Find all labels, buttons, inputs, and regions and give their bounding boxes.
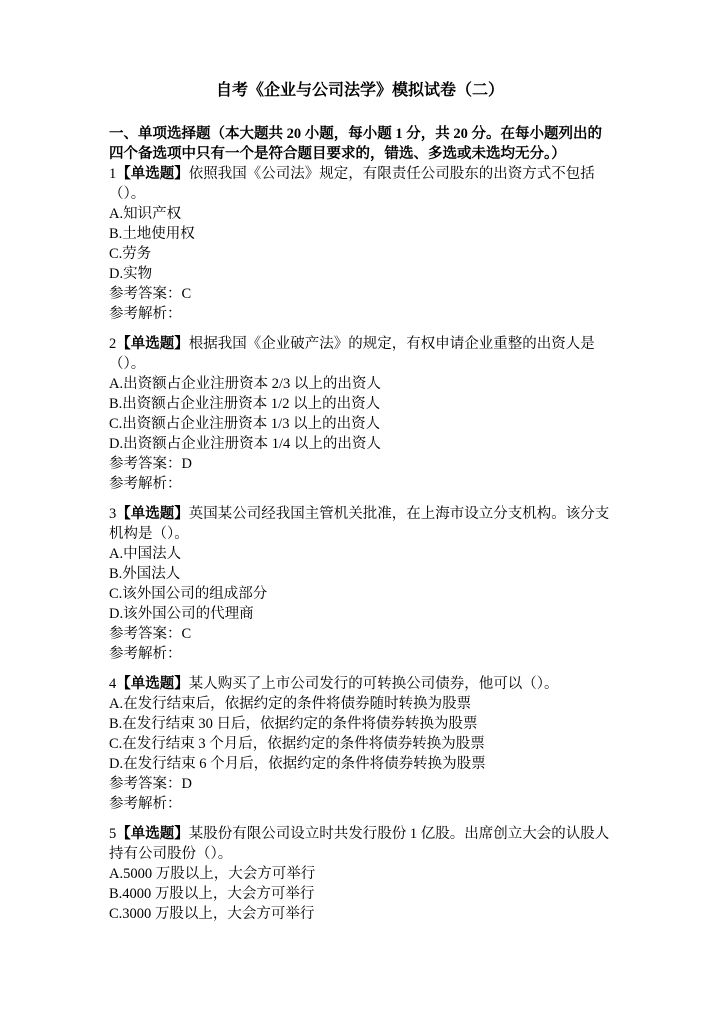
question-option: B.出资额占企业注册资本 1/2 以上的出资人	[109, 394, 654, 414]
question-option: B.土地使用权	[109, 224, 654, 244]
question-stem: 3【单选题】英国某公司经我国主管机关批准，在上海市设立分支机构。该分支 机构是（…	[109, 504, 654, 544]
question-option: B.4000 万股以上，大会方可举行	[109, 884, 654, 904]
question-options: A.出资额占企业注册资本 2/3 以上的出资人B.出资额占企业注册资本 1/2 …	[109, 374, 654, 454]
reference-analysis-label: 参考解析：	[109, 476, 182, 492]
reference-answer-value: C	[182, 626, 192, 642]
question-option: B.外国法人	[109, 564, 654, 584]
section-instructions: 一、单项选择题（本大题共 20 小题，每小题 1 分，共 20 分。在每小题列出…	[109, 124, 654, 164]
question-type-tag: 【单选题】	[116, 676, 189, 692]
reference-analysis-line: 参考解析：	[109, 304, 654, 324]
reference-answer-label: 参考答案：	[109, 456, 182, 472]
reference-answer-value: D	[182, 456, 192, 472]
question-stem: 1【单选题】依照我国《公司法》规定，有限责任公司股东的出资方式不包括 （）。	[109, 164, 654, 204]
question-option: C.该外国公司的组成部分	[109, 584, 654, 604]
reference-answer-line: 参考答案：D	[109, 454, 654, 474]
question-options: A.5000 万股以上，大会方可举行B.4000 万股以上，大会方可举行C.30…	[109, 864, 654, 924]
reference-answer-label: 参考答案：	[109, 626, 182, 642]
reference-analysis-label: 参考解析：	[109, 306, 182, 322]
reference-answer-value: C	[182, 286, 192, 302]
question-option: C.3000 万股以上，大会方可举行	[109, 904, 654, 924]
exam-paper-page: 自考《企业与公司法学》模拟试卷（二） 一、单项选择题（本大题共 20 小题，每小…	[0, 0, 721, 1020]
question-option: A.出资额占企业注册资本 2/3 以上的出资人	[109, 374, 654, 394]
reference-answer-line: 参考答案：C	[109, 284, 654, 304]
reference-analysis-line: 参考解析：	[109, 474, 654, 494]
reference-answer-label: 参考答案：	[109, 776, 182, 792]
question-stem: 4【单选题】某人购买了上市公司发行的可转换公司债券，他可以（）。	[109, 674, 654, 694]
reference-analysis-line: 参考解析：	[109, 644, 654, 664]
question-block: 4【单选题】某人购买了上市公司发行的可转换公司债券，他可以（）。 A.在发行结束…	[109, 674, 654, 814]
question-option: A.中国法人	[109, 544, 654, 564]
question-option: D.出资额占企业注册资本 1/4 以上的出资人	[109, 434, 654, 454]
question-option: A.知识产权	[109, 204, 654, 224]
reference-answer-line: 参考答案：C	[109, 624, 654, 644]
question-block: 1【单选题】依照我国《公司法》规定，有限责任公司股东的出资方式不包括 （）。 A…	[109, 164, 654, 324]
page-title: 自考《企业与公司法学》模拟试卷（二）	[109, 80, 611, 101]
reference-answer-label: 参考答案：	[109, 286, 182, 302]
question-option: C.出资额占企业注册资本 1/3 以上的出资人	[109, 414, 654, 434]
reference-analysis-label: 参考解析：	[109, 796, 182, 812]
question-stem: 2【单选题】根据我国《企业破产法》的规定，有权申请企业重整的出资人是 （）。	[109, 334, 654, 374]
question-options: A.在发行结束后，依据约定的条件将债券随时转换为股票B.在发行结束 30 日后，…	[109, 694, 654, 774]
question-block: 2【单选题】根据我国《企业破产法》的规定，有权申请企业重整的出资人是 （）。 A…	[109, 334, 654, 494]
question-option: C.劳务	[109, 244, 654, 264]
question-type-tag: 【单选题】	[116, 506, 189, 522]
question-options: A.中国法人B.外国法人C.该外国公司的组成部分D.该外国公司的代理商	[109, 544, 654, 624]
question-block: 3【单选题】英国某公司经我国主管机关批准，在上海市设立分支机构。该分支 机构是（…	[109, 504, 654, 664]
reference-answer-line: 参考答案：D	[109, 774, 654, 794]
reference-analysis-line: 参考解析：	[109, 794, 654, 814]
question-option: B.在发行结束 30 日后，依据约定的条件将债券转换为股票	[109, 714, 654, 734]
reference-analysis-label: 参考解析：	[109, 646, 182, 662]
question-stem-text: 某人购买了上市公司发行的可转换公司债券，他可以（）。	[189, 676, 559, 692]
question-stem: 5【单选题】某股份有限公司设立时共发行股份 1 亿股。出席创立大会的认股人 持有…	[109, 824, 654, 864]
question-type-tag: 【单选题】	[116, 336, 189, 352]
question-type-tag: 【单选题】	[116, 826, 189, 842]
question-type-tag: 【单选题】	[116, 166, 189, 182]
question-list: 1【单选题】依照我国《公司法》规定，有限责任公司股东的出资方式不包括 （）。 A…	[109, 164, 654, 924]
question-option: D.在发行结束 6 个月后，依据约定的条件将债券转换为股票	[109, 754, 654, 774]
reference-answer-value: D	[182, 776, 192, 792]
question-block: 5【单选题】某股份有限公司设立时共发行股份 1 亿股。出席创立大会的认股人 持有…	[109, 824, 654, 924]
question-option: C.在发行结束 3 个月后，依据约定的条件将债券转换为股票	[109, 734, 654, 754]
question-options: A.知识产权B.土地使用权C.劳务D.实物	[109, 204, 654, 284]
question-option: D.实物	[109, 264, 654, 284]
question-option: D.该外国公司的代理商	[109, 604, 654, 624]
question-option: A.5000 万股以上，大会方可举行	[109, 864, 654, 884]
question-option: A.在发行结束后，依据约定的条件将债券随时转换为股票	[109, 694, 654, 714]
